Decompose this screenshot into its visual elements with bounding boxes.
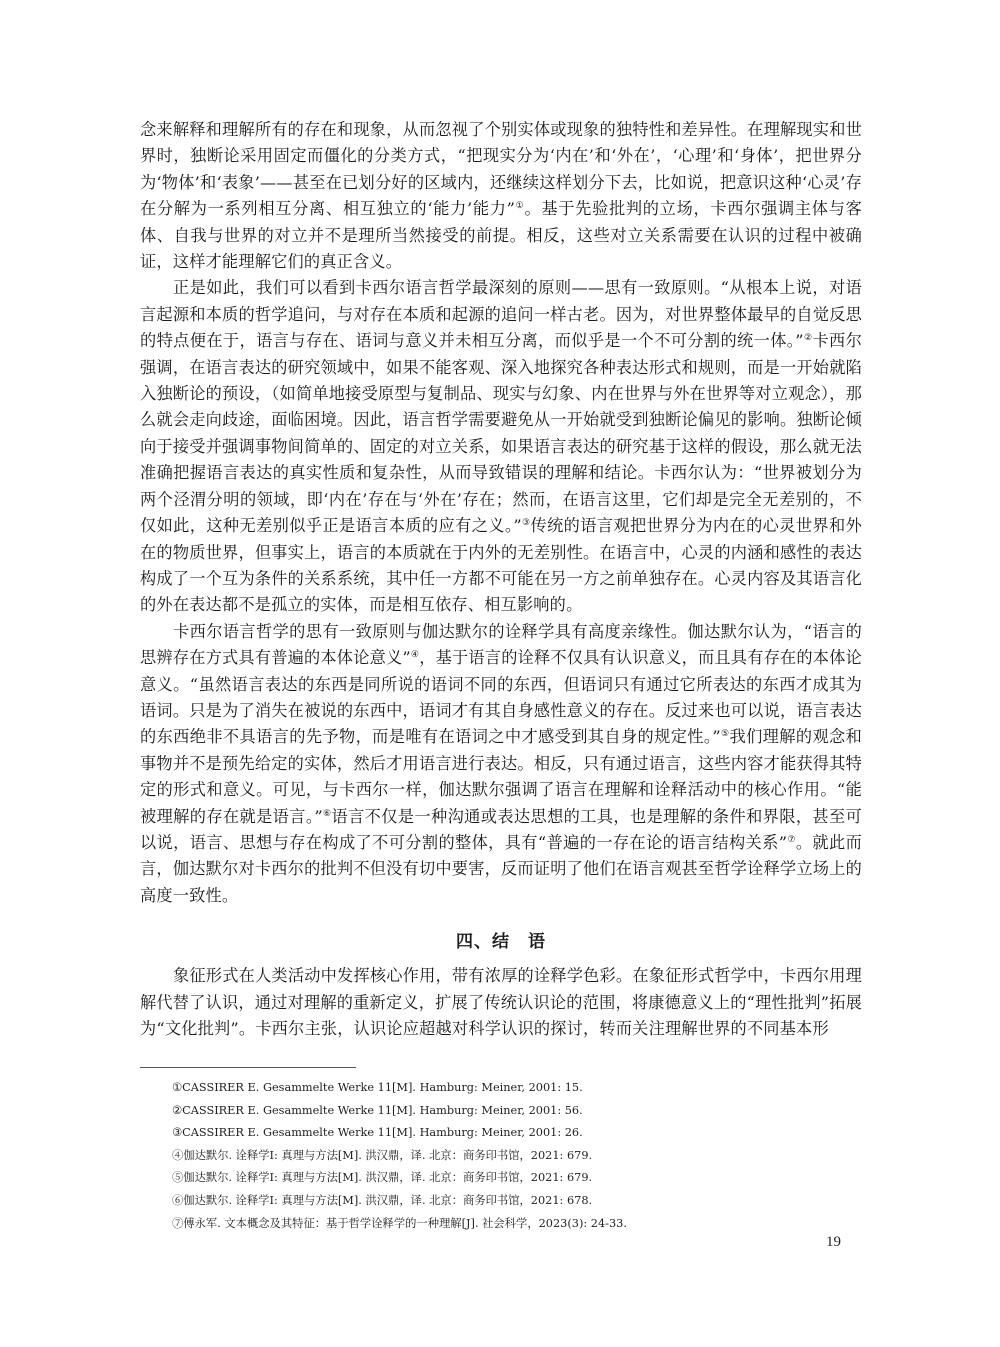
footnote-2: ②CASSIRER E. Gesammelte Werke 11[M]. Ham… (172, 1100, 852, 1123)
paragraph-conclusion: 象征形式在人类活动中发挥核心作用，带有浓厚的诠释学色彩。在象征形式哲学中，卡西尔… (140, 963, 862, 1042)
footnote-marker[interactable]: ③ (522, 518, 531, 528)
footnote-5: ⑤伽达默尔. 诠释学I: 真理与方法[M]. 洪汉鼎，译. 北京：商务印书馆，2… (172, 1167, 852, 1190)
footnote-separator (140, 1067, 356, 1068)
footnote-6: ⑥伽达默尔. 诠释学I: 真理与方法[M]. 洪汉鼎，译. 北京：商务印书馆，2… (172, 1190, 852, 1213)
paragraph-3: 卡西尔语言哲学的思有一致原则与伽达默尔的诠释学具有高度亲缘性。伽达默尔认为，“语… (140, 619, 862, 909)
page-body: 念来解释和理解所有的存在和现象，从而忽视了个别实体或现象的独特性和差异性。在理解… (140, 117, 862, 1042)
footnote-1: ①CASSIRER E. Gesammelte Werke 11[M]. Ham… (172, 1077, 852, 1100)
paragraph-text: 卡西尔强调，在语言表达的研究领域中，如果不能客观、深入地探究各种表达形式和规则，… (140, 331, 862, 535)
footnote-marker[interactable]: ④ (411, 650, 419, 660)
footnote-4: ④伽达默尔. 诠释学I: 真理与方法[M]. 洪汉鼎，译. 北京：商务印书馆，2… (172, 1145, 852, 1168)
footnote-7: ⑦傅永军. 文本概念及其特征：基于哲学诠释学的一种理解[J]. 社会科学，202… (172, 1213, 852, 1236)
footnotes-list: ①CASSIRER E. Gesammelte Werke 11[M]. Ham… (172, 1077, 852, 1235)
paragraph-2: 正是如此，我们可以看到卡西尔语言哲学最深刻的原则——思有一致原则。“从根本上说，… (140, 275, 862, 618)
paragraph-1: 念来解释和理解所有的存在和现象，从而忽视了个别实体或现象的独特性和差异性。在理解… (140, 117, 862, 275)
section-heading-conclusion: 四、结 语 (140, 927, 862, 957)
footnote-marker[interactable]: ⑤ (721, 729, 730, 739)
paragraph-text: 象征形式在人类活动中发挥核心作用，带有浓厚的诠释学色彩。在象征形式哲学中，卡西尔… (140, 966, 862, 1038)
page-number: 19 (826, 1234, 841, 1251)
footnote-3: ③CASSIRER E. Gesammelte Werke 11[M]. Ham… (172, 1122, 852, 1145)
paragraph-text: 正是如此，我们可以看到卡西尔语言哲学最深刻的原则——思有一致原则。“从根本上说，… (140, 278, 862, 350)
footnote-marker[interactable]: ⑦ (787, 835, 796, 845)
